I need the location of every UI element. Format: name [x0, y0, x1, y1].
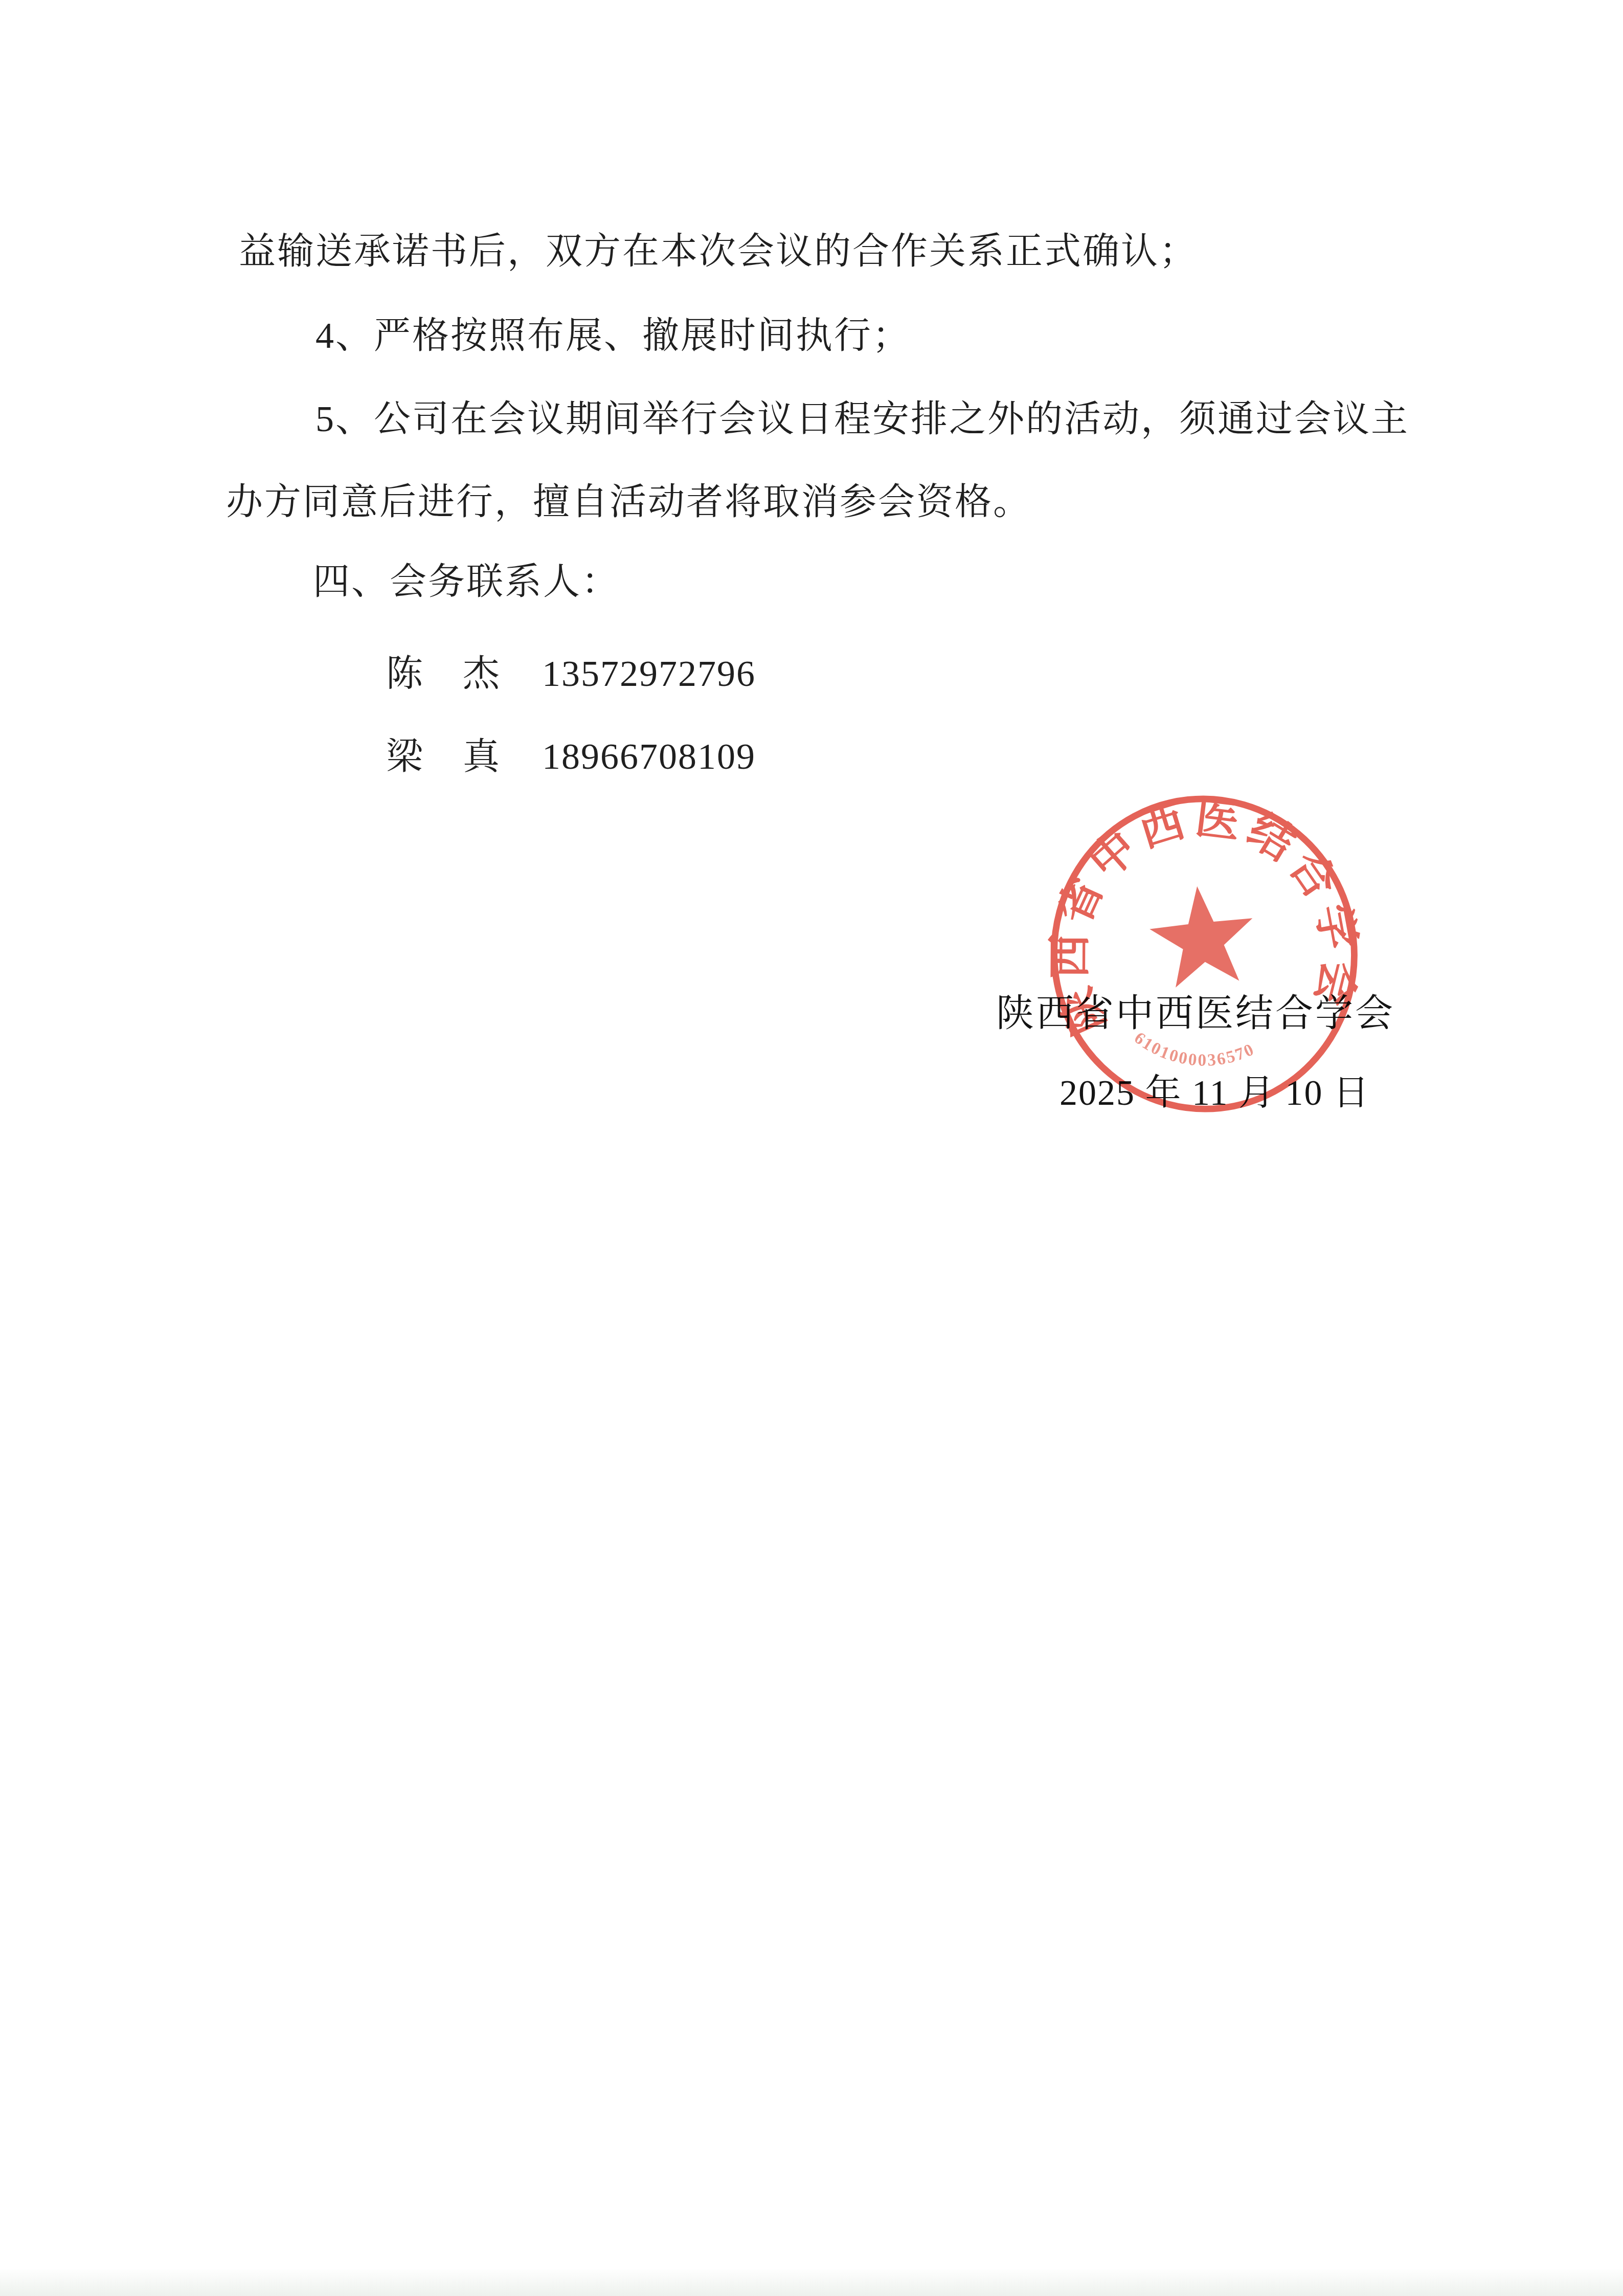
paragraph-confirmation: 益输送承诺书后，双方在本次会议的合作关系正式确认；: [239, 230, 1198, 273]
document-page: 益输送承诺书后，双方在本次会议的合作关系正式确认； 4、严格按照布展、撤展时间执…: [0, 0, 1623, 2296]
contact-phone: 18966708109: [542, 736, 756, 777]
contact-name: 陈 杰: [386, 653, 501, 694]
paragraph-item-5-line-1: 5、公司在会议期间举行会议日程安排之外的活动，须通过会议主: [315, 398, 1409, 440]
official-seal-stamp: 陕西省中西医结合学会 6101000036570: [1027, 774, 1381, 1133]
contact-row: 陈 杰13572972796: [386, 643, 756, 697]
paragraph-item-5-line-2: 办方同意后进行，擅自活动者将取消参会资格。: [226, 481, 1031, 523]
heading-contacts: 四、会务联系人：: [313, 561, 620, 603]
contact-phone: 13572972796: [542, 653, 756, 694]
scanner-edge-shade: [0, 2268, 1623, 2296]
paragraph-item-4: 4、严格按照布展、撤展时间执行；: [315, 315, 911, 357]
seal-registration-code: 6101000036570: [1129, 1017, 1258, 1078]
contact-name: 梁 真: [386, 736, 501, 777]
contact-row: 梁 真18966708109: [386, 726, 756, 779]
seal-star-icon: [1146, 881, 1259, 989]
